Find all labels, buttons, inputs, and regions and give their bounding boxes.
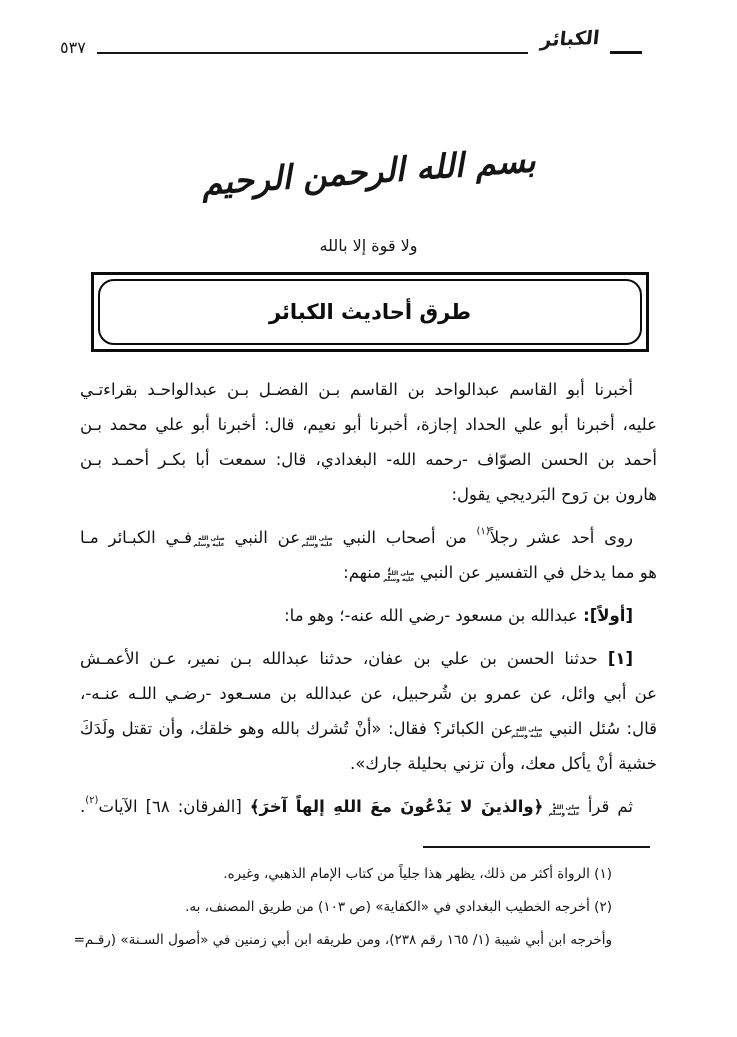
basmala-calligraphy: بسم الله الرحمن الرحيم	[0, 126, 737, 216]
footnotes: (١) الرواة أكثر من ذلك، يظهر هذا جلياً م…	[85, 858, 612, 957]
bold-text: [أولاً]:	[583, 606, 633, 625]
footnote: وأخرجه ابن أبي شيبة (١/ ١٦٥ رقم ٢٣٨)، وم…	[85, 924, 612, 957]
text-line: أحمد بن الحسن الصوّاف -رحمه الله- البغدا…	[80, 442, 657, 477]
text-line: هو مما يدخل في التفسير عن النبي صلى الله…	[80, 555, 657, 590]
pbuh-seal-icon: صلى اللهعليه وسلم	[310, 536, 333, 549]
paragraph: روى أحد عشر رجلاً(١) من أصحاب النبي صلى …	[80, 520, 657, 590]
hawqala-text: ولا قوة إلا بالله	[0, 236, 737, 255]
chapter-title-frame: طرق أحاديث الكبائر	[98, 279, 642, 345]
header-rule	[97, 52, 528, 54]
paragraph: أخبرنا أبو القاسم عبدالواحد بن القاسم بـ…	[80, 372, 657, 512]
text-line: ثم قرأ صلى اللهعليه وسلم: ﴿والذينَ لا يَ…	[80, 789, 657, 824]
pbuh-seal-icon: صلى اللهعليه وسلم	[557, 805, 580, 818]
quran-verse: ﴿والذينَ لا يَدْعُونَ معَ اللهِ إلهاً آخ…	[250, 797, 543, 816]
header-dash	[610, 51, 642, 54]
footnote-ref: (٢)	[85, 795, 98, 806]
paragraph: [أولاً]: عبدالله بن مسعود -رضي الله عنه-…	[80, 598, 657, 633]
bold-text: [١]	[608, 649, 633, 668]
text-line: خشية أنْ يأكل معك، وأن تزني بحليلة جارك»…	[80, 746, 657, 781]
footnote: (٢) أخرجه الخطيب البغدادي في «الكفاية» (…	[85, 891, 612, 924]
footnote-ref: (١)	[477, 526, 490, 537]
text-line: عن أبي وائل، عن عمرو بن شُرحبيل، عن عبدا…	[80, 676, 657, 711]
text-line: [١] حدثنا الحسن بن علي بن عفان، حدثنا عب…	[80, 641, 657, 676]
text-line: عليه، أخبرنا أبو علي الحداد إجازة، أخبرن…	[80, 407, 657, 442]
chapter-title: طرق أحاديث الكبائر	[269, 300, 471, 324]
text-line: قال: سُئل النبي صلى اللهعليه وسلم عن الك…	[80, 711, 657, 746]
book-page: ٥٣٧ الكبائر بسم الله الرحمن الرحيم ولا ق…	[0, 0, 737, 1037]
text-line: [أولاً]: عبدالله بن مسعود -رضي الله عنه-…	[80, 598, 657, 633]
pbuh-seal-icon: صلى اللهعليه وسلم	[202, 536, 225, 549]
body-text: أخبرنا أبو القاسم عبدالواحد بن القاسم بـ…	[80, 372, 657, 832]
book-title-logo: الكبائر	[532, 27, 609, 52]
paragraph: ثم قرأ صلى اللهعليه وسلم: ﴿والذينَ لا يَ…	[80, 789, 657, 824]
chapter-title-box: طرق أحاديث الكبائر	[91, 272, 649, 352]
paragraph: [١] حدثنا الحسن بن علي بن عفان، حدثنا عب…	[80, 641, 657, 781]
text-line: هارون بن رَوح البَرديجي يقول:	[80, 477, 657, 512]
footnote-separator	[423, 846, 650, 848]
pbuh-seal-icon: صلى اللهعليه وسلم	[392, 571, 415, 584]
text-line: أخبرنا أبو القاسم عبدالواحد بن القاسم بـ…	[80, 372, 657, 407]
page-number: ٥٣٧	[60, 38, 86, 57]
pbuh-seal-icon: صلى اللهعليه وسلم	[520, 727, 543, 740]
text-line: روى أحد عشر رجلاً(١) من أصحاب النبي صلى …	[80, 520, 657, 555]
footnote: (١) الرواة أكثر من ذلك، يظهر هذا جلياً م…	[85, 858, 612, 891]
